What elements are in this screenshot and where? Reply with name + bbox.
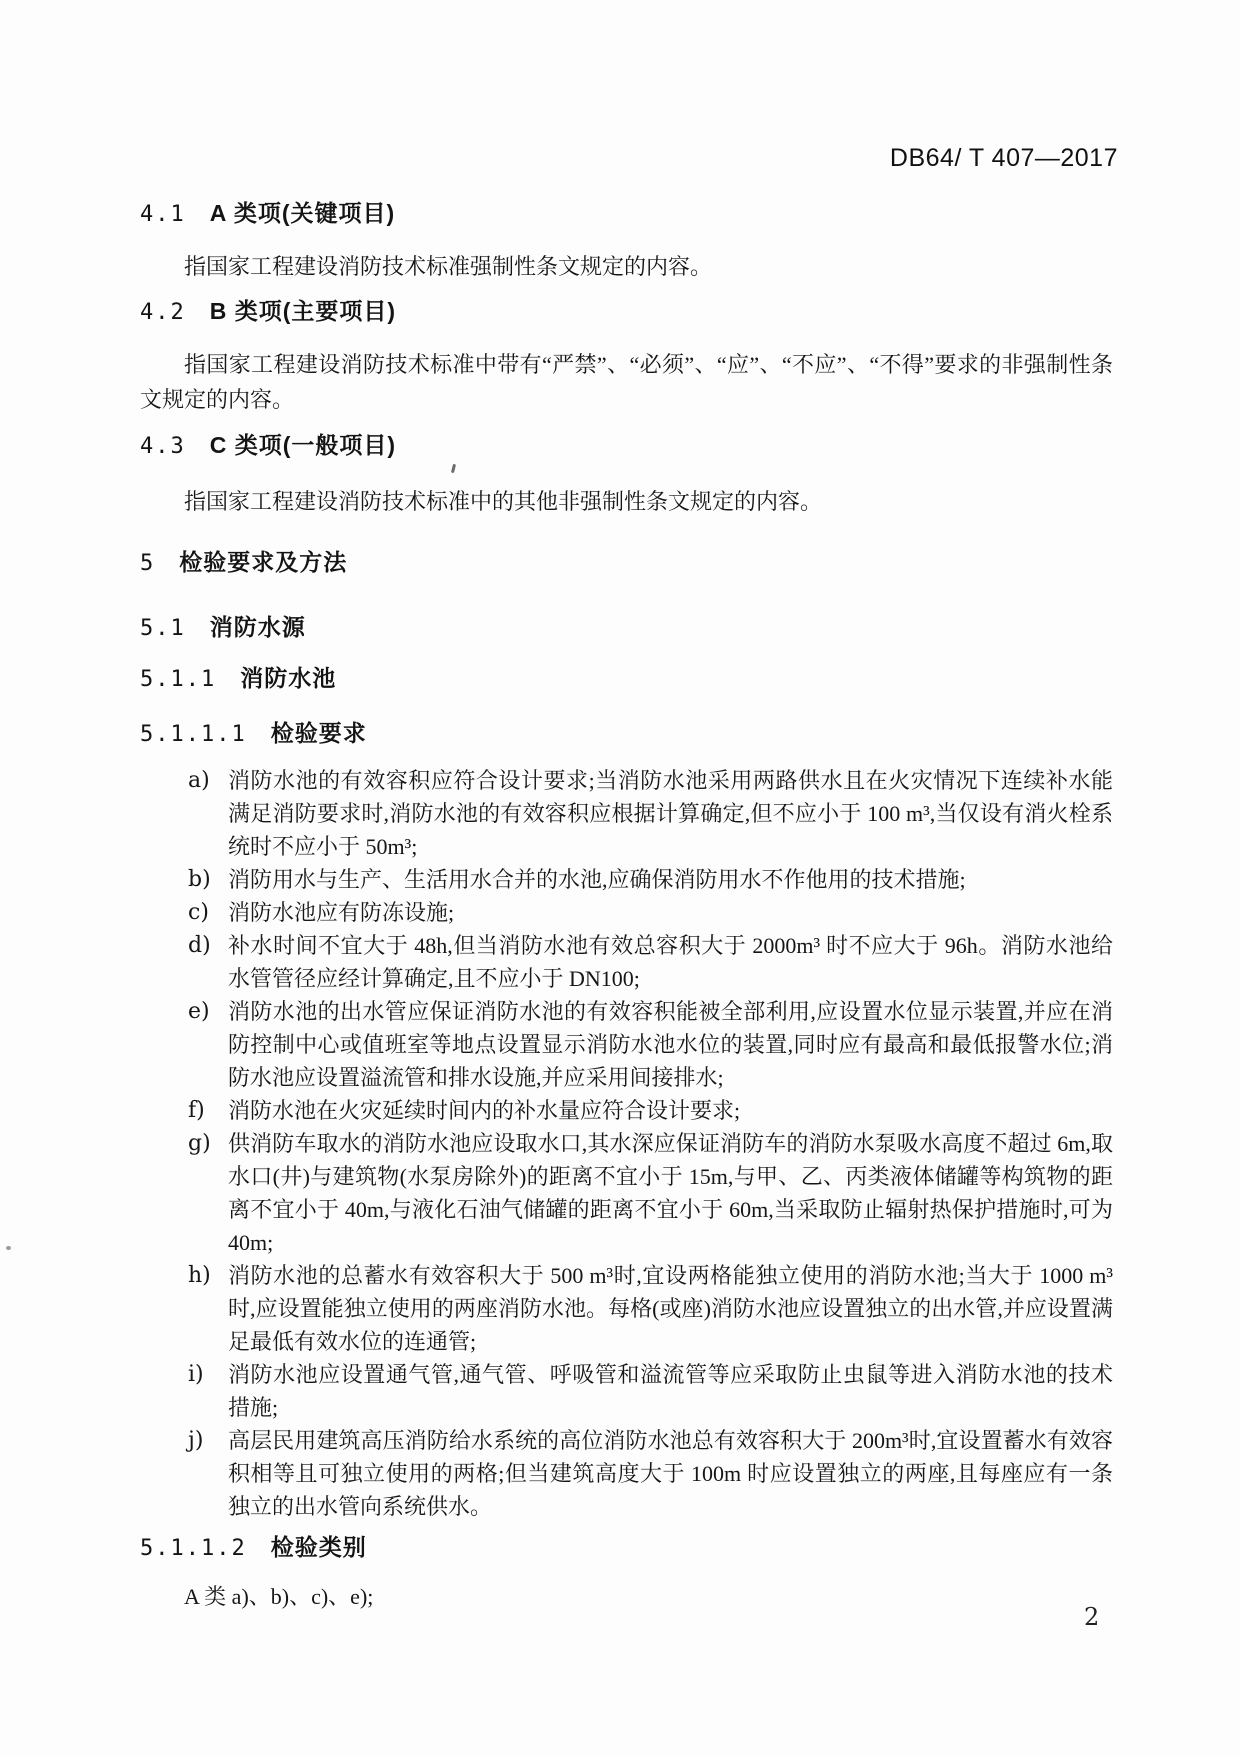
list-item: h) 消防水池的总蓄水有效容积大于 500 m³时,宜设两格能独立使用的消防水池… — [140, 1259, 1113, 1358]
heading-5-1-1: 5.1.1消防水池 — [140, 662, 1113, 696]
list-item-label: g) — [188, 1127, 211, 1160]
list-item-label: j) — [188, 1424, 203, 1457]
scan-artifact — [6, 1246, 11, 1250]
list-item-label: e) — [188, 995, 210, 1028]
heading-number: 5.1.1.2 — [140, 1536, 247, 1561]
heading-number: 5.1 — [140, 616, 186, 641]
list-item-label: d) — [188, 929, 211, 962]
document-page: DB64/ T 407—2017 4.1A 类项(关键项目) 指国家工程建设消防… — [0, 0, 1240, 1755]
heading-4-1: 4.1A 类项(关键项目) — [140, 197, 1113, 231]
list-item-text: 消防用水与生产、生活用水合并的水池,应确保消防用水不作他用的技术措施; — [228, 867, 966, 892]
list-item: f) 消防水池在火灾延续时间内的补水量应符合设计要求; — [140, 1094, 1113, 1127]
list-item-text: 消防水池的总蓄水有效容积大于 500 m³时,宜设两格能独立使用的消防水池;当大… — [228, 1263, 1113, 1354]
heading-number: 5.1.1.1 — [140, 722, 247, 747]
list-item: c) 消防水池应有防冻设施; — [140, 896, 1113, 929]
heading-title: B 类项(主要项目) — [210, 298, 396, 324]
list-item: a) 消防水池的有效容积应符合设计要求;当消防水池采用两路供水且在火灾情况下连续… — [140, 764, 1113, 863]
paragraph-4-1: 指国家工程建设消防技术标准强制性条文规定的内容。 — [140, 249, 1113, 284]
list-item-label: h) — [188, 1259, 211, 1292]
list-item: e) 消防水池的出水管应保证消防水池的有效容积能被全部利用,应设置水位显示装置,… — [140, 995, 1113, 1094]
heading-4-2: 4.2B 类项(主要项目) — [140, 295, 1113, 329]
list-item: b) 消防用水与生产、生活用水合并的水池,应确保消防用水不作他用的技术措施; — [140, 863, 1113, 896]
heading-title: C 类项(一般项目) — [210, 432, 396, 458]
heading-5: 5检验要求及方法 — [140, 546, 1113, 580]
list-item-text: 消防水池应设置通气管,通气管、呼吸管和溢流管等应采取防止虫鼠等进入消防水池的技术… — [228, 1362, 1113, 1420]
list-item: i) 消防水池应设置通气管,通气管、呼吸管和溢流管等应采取防止虫鼠等进入消防水池… — [140, 1358, 1113, 1424]
heading-number: 5 — [140, 551, 155, 576]
list-item-text: 消防水池在火灾延续时间内的补水量应符合设计要求; — [228, 1098, 740, 1123]
list-item-text: 消防水池的出水管应保证消防水池的有效容积能被全部利用,应设置水位显示装置,并应在… — [228, 999, 1113, 1090]
paragraph-4-2: 指国家工程建设消防技术标准中带有“严禁”、“必须”、“应”、“不应”、“不得”要… — [140, 347, 1113, 417]
list-item-text: 供消防车取水的消防水池应设取水口,其水深应保证消防车的消防水泵吸水高度不超过 6… — [228, 1131, 1113, 1255]
list-item: d) 补水时间不宜大于 48h,但当消防水池有效总容积大于 2000m³ 时不应… — [140, 929, 1113, 995]
requirement-list: a) 消防水池的有效容积应符合设计要求;当消防水池采用两路供水且在火灾情况下连续… — [140, 764, 1113, 1523]
paragraph-4-3: 指国家工程建设消防技术标准中的其他非强制性条文规定的内容。 — [140, 484, 1113, 519]
paragraph-5-1-1-2: A 类 a)、b)、c)、e); — [140, 1579, 1113, 1614]
heading-number: 4.1 — [140, 202, 186, 227]
heading-number: 4.2 — [140, 300, 186, 325]
list-item-text: 消防水池的有效容积应符合设计要求;当消防水池采用两路供水且在火灾情况下连续补水能… — [228, 768, 1113, 859]
heading-5-1-1-2: 5.1.1.2检验类别 — [140, 1531, 1113, 1565]
list-item-label: b) — [188, 863, 211, 896]
heading-number: 5.1.1 — [140, 667, 216, 692]
heading-4-3: 4.3C 类项(一般项目) — [140, 429, 1113, 463]
list-item-label: f) — [188, 1094, 205, 1127]
list-item-text: 消防水池应有防冻设施; — [228, 900, 454, 925]
heading-number: 4.3 — [140, 434, 186, 459]
heading-title: A 类项(关键项目) — [210, 200, 395, 226]
page-number: 2 — [1084, 1603, 1099, 1631]
list-item: g) 供消防车取水的消防水池应设取水口,其水深应保证消防车的消防水泵吸水高度不超… — [140, 1127, 1113, 1259]
heading-5-1-1-1: 5.1.1.1检验要求 — [140, 717, 1113, 751]
list-item-text: 高层民用建筑高压消防给水系统的高位消防水池总有效容积大于 200m³时,宜设置蓄… — [228, 1428, 1113, 1519]
heading-5-1: 5.1消防水源 — [140, 611, 1113, 645]
list-item-text: 补水时间不宜大于 48h,但当消防水池有效总容积大于 2000m³ 时不应大于 … — [228, 933, 1113, 991]
heading-title: 检验类别 — [271, 1534, 367, 1560]
heading-title: 消防水源 — [210, 614, 306, 640]
list-item-label: c) — [188, 896, 209, 929]
page-content: 4.1A 类项(关键项目) 指国家工程建设消防技术标准强制性条文规定的内容。 4… — [140, 0, 1113, 1614]
list-item-label: i) — [188, 1358, 204, 1391]
heading-title: 检验要求及方法 — [179, 549, 347, 575]
list-item: j) 高层民用建筑高压消防给水系统的高位消防水池总有效容积大于 200m³时,宜… — [140, 1424, 1113, 1523]
list-item-label: a) — [188, 764, 210, 797]
heading-title: 消防水池 — [240, 665, 336, 691]
heading-title: 检验要求 — [271, 720, 367, 746]
